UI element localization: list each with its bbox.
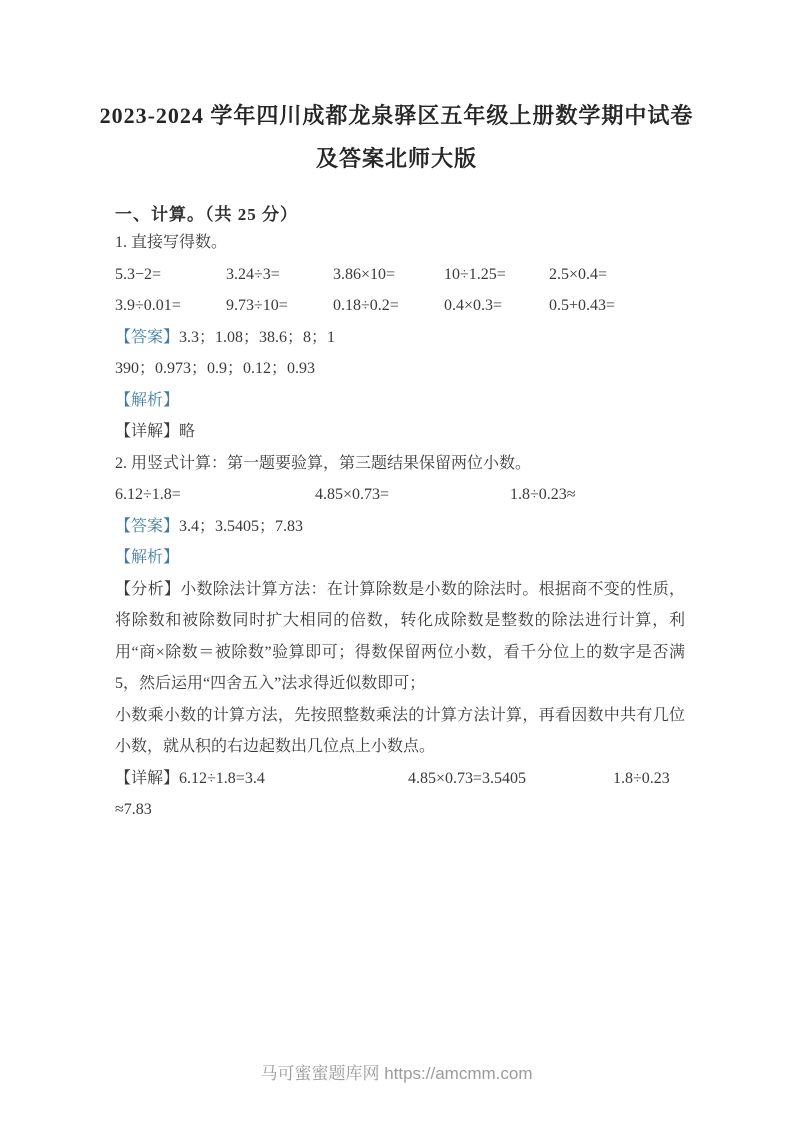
footer-watermark: 马可蜜蜜题库网 https://amcmm.com [0,1062,793,1086]
question-1-expression-row-2: 3.9÷0.01= 9.73÷10= 0.18÷0.2= 0.4×0.3= 0.… [115,290,685,322]
jiexi-label: 【解析】 [115,392,179,409]
document-title-line2: 及答案北师大版 [0,137,793,180]
question-1-answer-line-2: 390；0.973；0.9；0.12；0.93 [115,353,685,385]
question-2-detail-continuation: ≈7.83 [115,794,685,826]
answer-label: 【答案】 [115,329,179,346]
question-2-jiexi-label: 【解析】 [115,542,685,574]
answer-label: 【答案】 [115,518,179,535]
math-expression: 1.8÷0.23≈ [510,479,685,511]
question-2-detail-row: 【详解】6.12÷1.8=3.4 4.85×0.73=3.5405 1.8÷0.… [115,763,685,795]
math-expression: 3.9÷0.01= [115,290,226,322]
math-expression: 4.85×0.73=3.5405 [408,763,613,795]
answer-values: 3.3；1.08；38.6；8；1 [179,329,335,346]
math-expression: 0.5+0.43= [549,290,685,322]
detail-worked-answer: 【详解】6.12÷1.8=3.4 [115,763,408,795]
section-heading: 一、计算。（共 25 分） [115,203,685,227]
question-1-prompt: 1. 直接写得数。 [115,227,685,259]
analysis-text: 小数除法计算方法：在计算除数是小数的除法时。根据商不变的性质，将除数和被除数同时… [115,581,685,693]
question-1-answer-line-1: 【答案】3.3；1.08；38.6；8；1 [115,322,685,354]
footer-site-name: 马可蜜蜜题库网 [260,1064,379,1083]
math-expression: 3.86×10= [333,259,444,291]
document-title: 2023-2024 学年四川成都龙泉驿区五年级上册数学期中试卷 及答案北师大版 [0,0,793,180]
document-title-line1: 2023-2024 学年四川成都龙泉驿区五年级上册数学期中试卷 [0,94,793,137]
jiexi-label: 【解析】 [115,549,179,566]
question-2-analysis-paragraph-2: 小数乘小数的计算方法，先按照整数乘法的计算方法计算，再看因数中共有几位小数，就从… [115,700,685,763]
detail-label: 【详解】 [115,770,179,787]
math-expression: 9.73÷10= [226,290,333,322]
question-2-expression-row: 6.12÷1.8= 4.85×0.73= 1.8÷0.23≈ [115,479,685,511]
math-expression: 6.12÷1.8= [115,479,315,511]
fenxi-label: 【分析】 [115,581,180,598]
detail-text: 略 [179,423,195,440]
detail-label: 【详解】 [115,423,179,440]
math-expression: 0.4×0.3= [444,290,549,322]
math-expression: 10÷1.25= [444,259,549,291]
question-1-expression-row-1: 5.3−2= 3.24÷3= 3.86×10= 10÷1.25= 2.5×0.4… [115,259,685,291]
math-expression: 5.3−2= [115,259,226,291]
answer-values: 3.4；3.5405；7.83 [179,518,303,535]
math-expression: 3.24÷3= [226,259,333,291]
question-1-jiexi-label: 【解析】 [115,385,685,417]
question-2-answer-line: 【答案】3.4；3.5405；7.83 [115,511,685,543]
math-expression: 1.8÷0.23 [613,763,685,795]
exam-document-page: 2023-2024 学年四川成都龙泉驿区五年级上册数学期中试卷 及答案北师大版 … [0,0,793,1122]
question-1-detail-line: 【详解】略 [115,416,685,448]
question-2-prompt: 2. 用竖式计算：第一题要验算，第三题结果保留两位小数。 [115,448,685,480]
footer-site-url: https://amcmm.com [384,1064,532,1083]
document-body: 一、计算。（共 25 分） 1. 直接写得数。 5.3−2= 3.24÷3= 3… [115,203,685,826]
math-expression: 4.85×0.73= [315,479,510,511]
math-expression: 6.12÷1.8=3.4 [179,770,265,787]
math-expression: 2.5×0.4= [549,259,685,291]
math-expression: 0.18÷0.2= [333,290,444,322]
question-2-analysis-paragraph-1: 【分析】小数除法计算方法：在计算除数是小数的除法时。根据商不变的性质，将除数和被… [115,574,685,700]
